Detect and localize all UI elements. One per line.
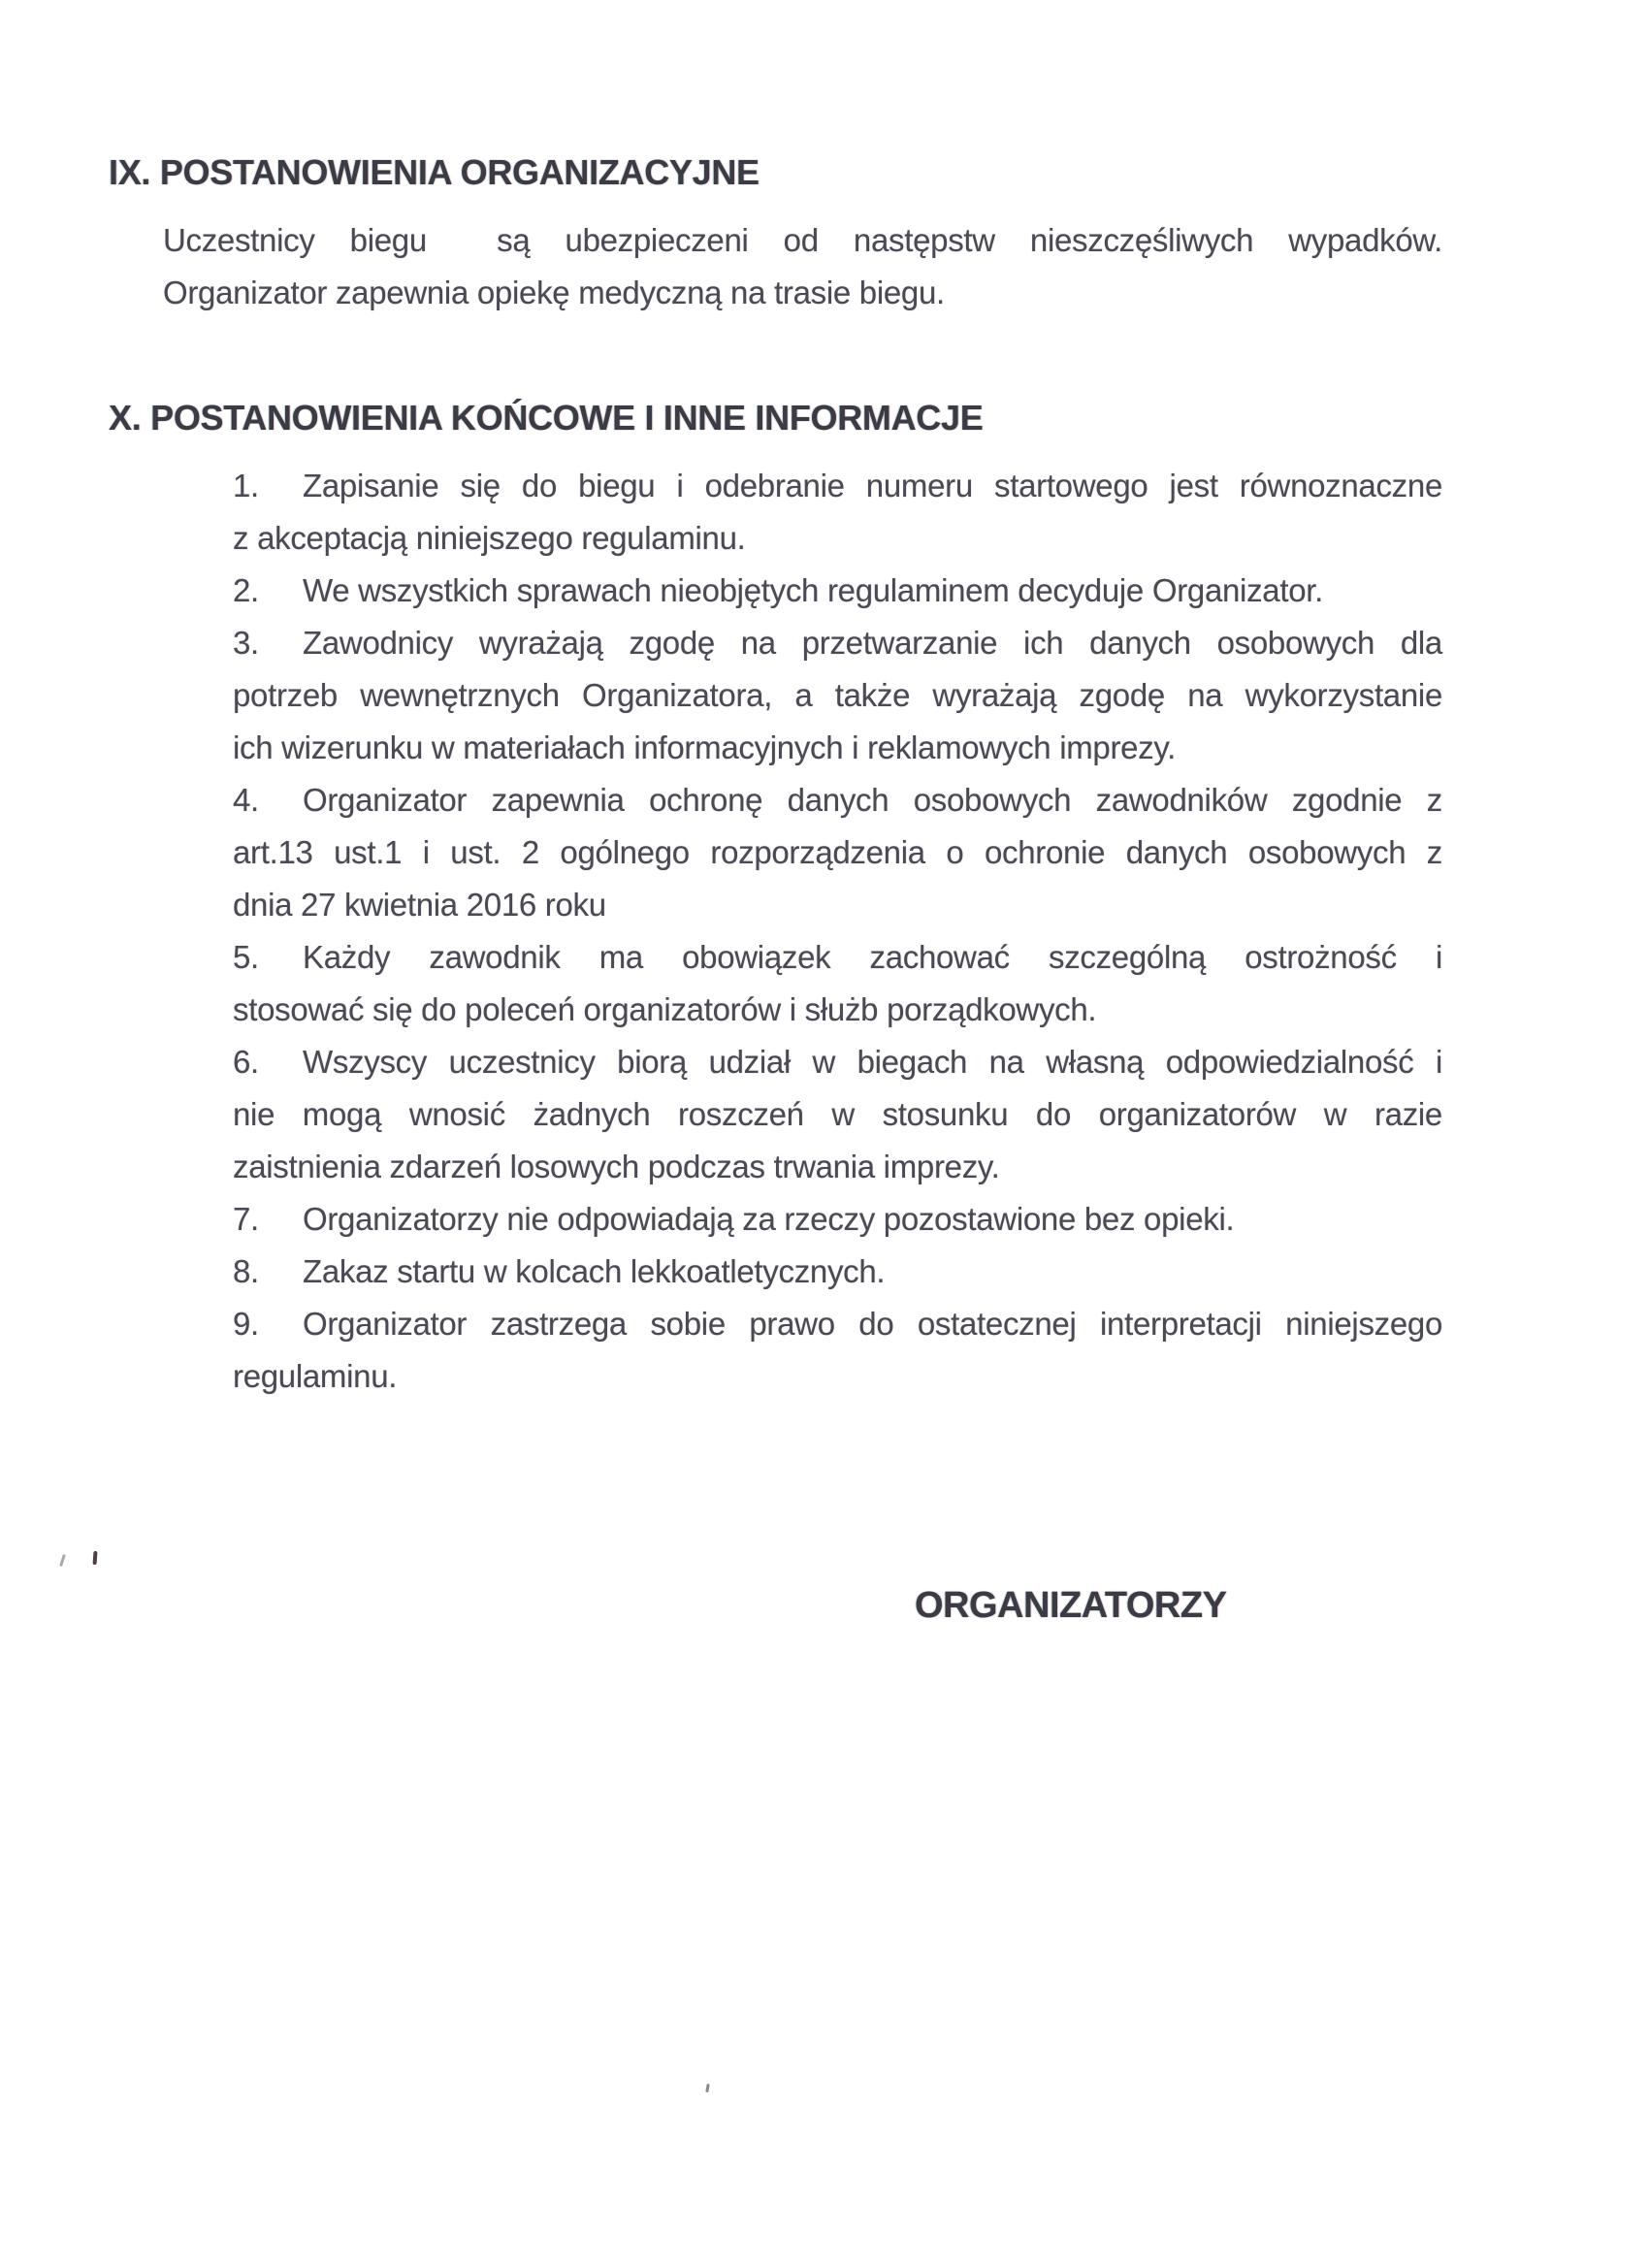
list-item-number: 3. [233, 617, 303, 669]
list-item-number: 8. [233, 1246, 303, 1298]
paragraph-line: Organizator zapewnia opiekę medyczną na … [163, 267, 1442, 319]
list-item-number: 4. [233, 774, 303, 826]
list-item-number: 1. [233, 460, 303, 512]
list-item-number: 2. [233, 565, 303, 617]
organizers-signature: ORGANIZATORZY [915, 1585, 1226, 1627]
scanned-document-page: IX. POSTANOWIENIA ORGANIZACYJNE Uczestni… [0, 0, 1649, 2268]
section-x-heading: X. POSTANOWIENIA KOŃCOWE I INNE INFORMAC… [109, 398, 983, 438]
list-item-text: Wszyscy uczestnicy biorą udział w biegac… [303, 1044, 1442, 1080]
list-item-text: Każdy zawodnik ma obowiązek zachować szc… [303, 939, 1442, 975]
paragraph-line: Uczestnicy biegu są ubezpieczeni od nast… [163, 214, 1442, 267]
list-item-line: dnia 27 kwietnia 2016 roku [233, 879, 1442, 931]
list-item-text: Zawodnicy wyrażają zgodę na przetwarzani… [303, 625, 1442, 661]
list-item-line: zaistnienia zdarzeń losowych podczas trw… [233, 1141, 1442, 1193]
list-item-line: art.13 ust.1 i ust. 2 ogólnego rozporząd… [233, 826, 1442, 879]
list-item-number: 6. [233, 1036, 303, 1088]
list-item-line: 6.Wszyscy uczestnicy biorą udział w bieg… [233, 1036, 1442, 1088]
list-item-line: z akceptacją niniejszego regulaminu. [233, 512, 1442, 565]
list-item-line: potrzeb wewnętrznych Organizatora, a tak… [233, 669, 1442, 722]
list-item-line: 9.Organizator zastrzega sobie prawo do o… [233, 1298, 1442, 1350]
list-item-line: 3.Zawodnicy wyrażają zgodę na przetwarza… [233, 617, 1442, 669]
scan-artifact-mark [705, 2084, 710, 2092]
list-item-line: 4.Organizator zapewnia ochronę danych os… [233, 774, 1442, 826]
list-item-number: 5. [233, 931, 303, 984]
list-item-line: 7.Organizatorzy nie odpowiadają za rzecz… [233, 1193, 1442, 1246]
list-item-line: 1.Zapisanie się do biegu i odebranie num… [233, 460, 1442, 512]
list-item-line: 2.We wszystkich sprawach nieobjętych reg… [233, 565, 1442, 617]
list-item-line: regulaminu. [233, 1350, 1442, 1403]
list-item-line: 5.Każdy zawodnik ma obowiązek zachować s… [233, 931, 1442, 984]
list-item-text: Zapisanie się do biegu i odebranie numer… [303, 468, 1442, 503]
list-item-text: Organizator zapewnia ochronę danych osob… [303, 782, 1442, 818]
list-item-number: 7. [233, 1193, 303, 1246]
scan-artifact-mark [93, 1551, 98, 1565]
list-item-line: nie mogą wnosić żadnych roszczeń w stosu… [233, 1088, 1442, 1141]
list-item-line: ich wizerunku w materiałach informacyjny… [233, 722, 1442, 774]
list-item-number: 9. [233, 1298, 303, 1350]
list-item-text: Zakaz startu w kolcach lekkoatletycznych… [303, 1253, 885, 1289]
section-ix-heading: IX. POSTANOWIENIA ORGANIZACYJNE [109, 152, 760, 193]
list-item-text: Organizatorzy nie odpowiadają za rzeczy … [303, 1201, 1234, 1237]
scan-artifact-mark [59, 1554, 66, 1567]
list-item-text: We wszystkich sprawach nieobjętych regul… [303, 572, 1323, 608]
list-item-line: 8.Zakaz startu w kolcach lekkoatletyczny… [233, 1246, 1442, 1298]
section-ix-paragraph: Uczestnicy biegu są ubezpieczeni od nast… [163, 214, 1442, 319]
list-item-text: Organizator zastrzega sobie prawo do ost… [303, 1306, 1442, 1342]
list-item-line: stosować się do poleceń organizatorów i … [233, 984, 1442, 1036]
section-x-numbered-list: 1.Zapisanie się do biegu i odebranie num… [233, 460, 1442, 1403]
